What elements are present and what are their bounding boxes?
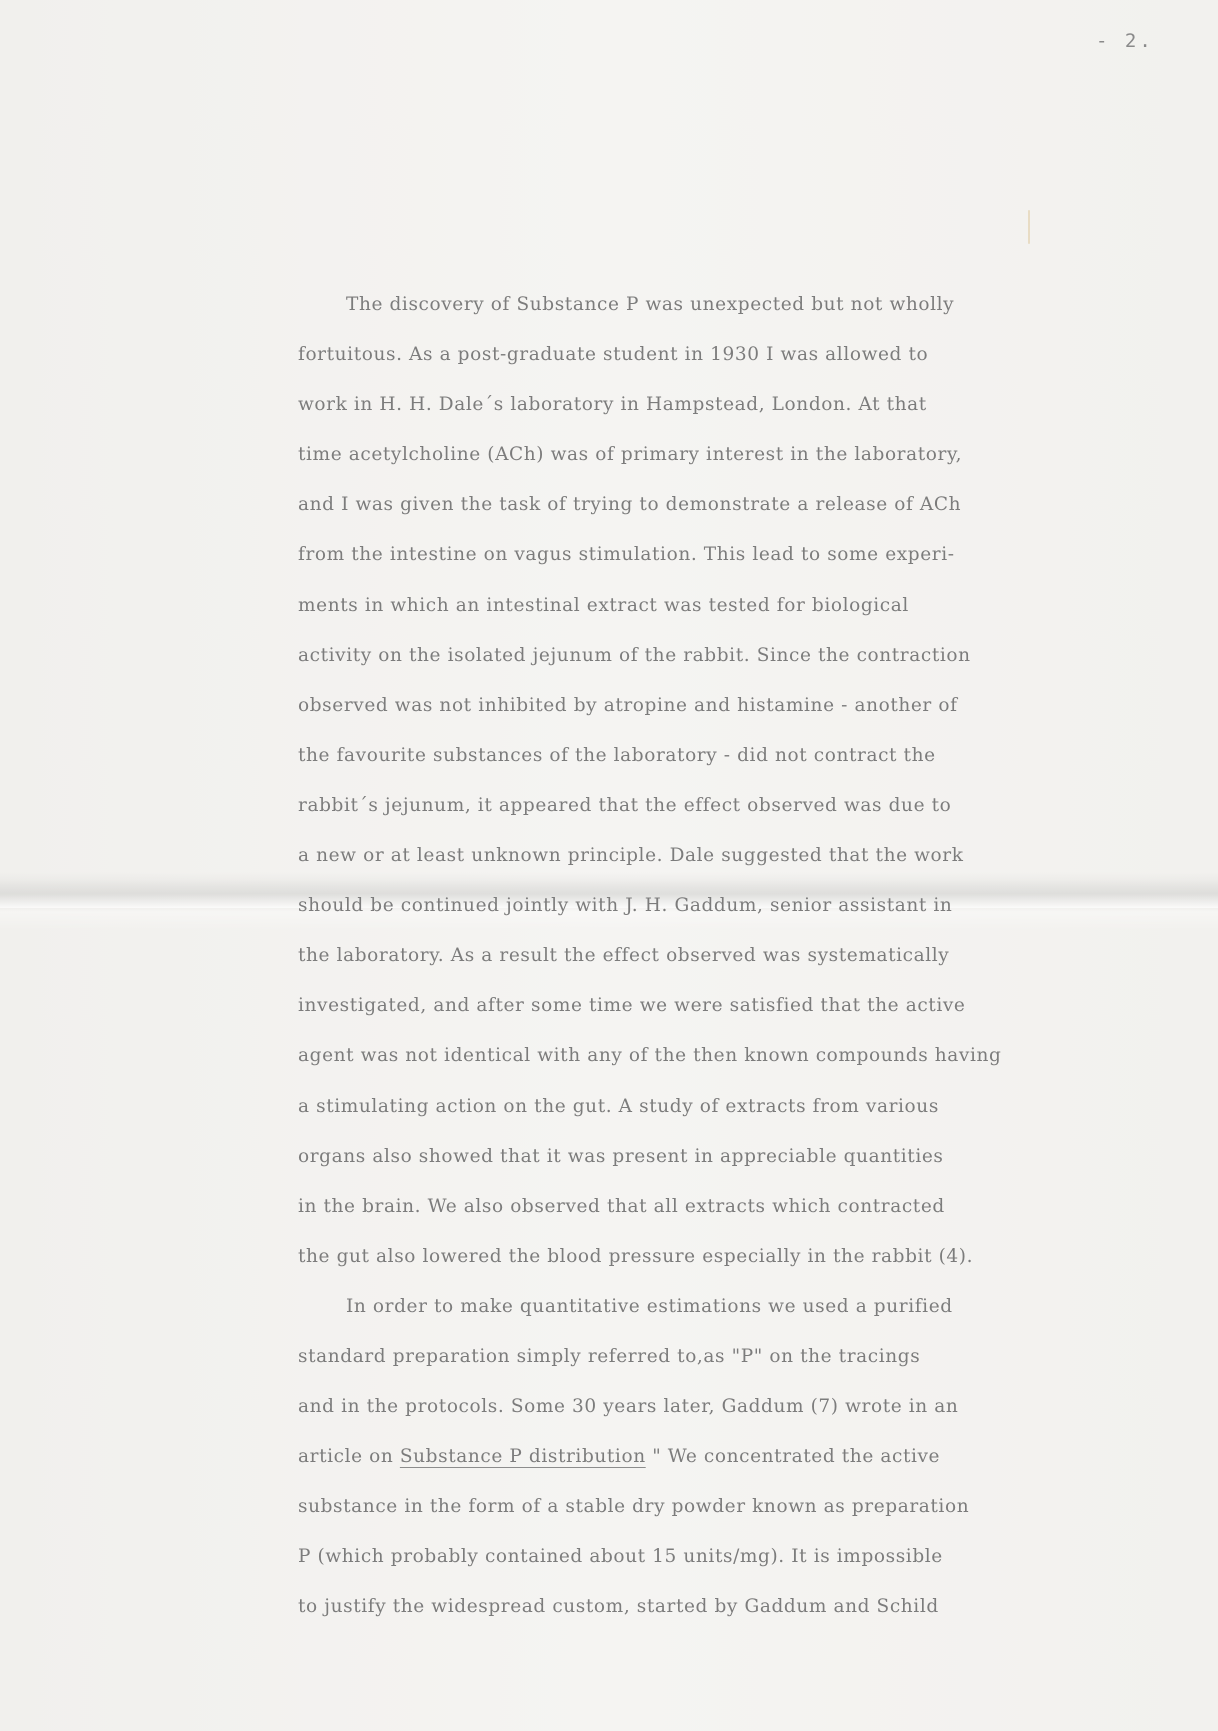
text-line: activity on the isolated jejunum of the …: [298, 639, 1178, 689]
text-line: In order to make quantitative estimation…: [298, 1290, 1178, 1340]
page-number: - 2.: [1096, 30, 1154, 52]
text-line: the gut also lowered the blood pressure …: [298, 1240, 1178, 1290]
citation-line: article on Substance P distribution " We…: [298, 1440, 1178, 1490]
paragraph-1: The discovery of Substance P was unexpec…: [298, 288, 1178, 1290]
text-line: standard preparation simply referred to,…: [298, 1340, 1178, 1390]
citation-suffix: " We concentrated the active: [646, 1446, 940, 1467]
paragraph-2: In order to make quantitative estimation…: [298, 1290, 1178, 1641]
text-line: investigated, and after some time we wer…: [298, 989, 1178, 1039]
text-line: the favourite substances of the laborato…: [298, 739, 1178, 789]
text-line: organs also showed that it was present i…: [298, 1140, 1178, 1190]
text-line: and I was given the task of trying to de…: [298, 488, 1178, 538]
text-line: a new or at least unknown principle. Dal…: [298, 839, 1178, 889]
citation-prefix: article on: [298, 1446, 400, 1467]
text-line: rabbit´s jejunum, it appeared that the e…: [298, 789, 1178, 839]
text-line: fortuitous. As a post-graduate student i…: [298, 338, 1178, 388]
text-line: observed was not inhibited by atropine a…: [298, 689, 1178, 739]
text-line: agent was not identical with any of the …: [298, 1039, 1178, 1089]
text-line: the laboratory. As a result the effect o…: [298, 939, 1178, 989]
text-line: The discovery of Substance P was unexpec…: [298, 288, 1178, 338]
text-line: time acetylcholine (ACh) was of primary …: [298, 438, 1178, 488]
text-line: from the intestine on vagus stimulation.…: [298, 538, 1178, 588]
text-line: in the brain. We also observed that all …: [298, 1190, 1178, 1240]
text-line: ments in which an intestinal extract was…: [298, 589, 1178, 639]
text-line: and in the protocols. Some 30 years late…: [298, 1390, 1178, 1440]
text-line: substance in the form of a stable dry po…: [298, 1490, 1178, 1540]
text-line: work in H. H. Dale´s laboratory in Hamps…: [298, 388, 1178, 438]
paper-mark: [1028, 210, 1030, 244]
text-line: a stimulating action on the gut. A study…: [298, 1090, 1178, 1140]
document-body: The discovery of Substance P was unexpec…: [298, 288, 1178, 1641]
text-line: P (which probably contained about 15 uni…: [298, 1540, 1178, 1590]
text-line: to justify the widespread custom, starte…: [298, 1590, 1178, 1640]
text-line: should be continued jointly with J. H. G…: [298, 889, 1178, 939]
cited-article-title: Substance P distribution: [400, 1446, 646, 1467]
